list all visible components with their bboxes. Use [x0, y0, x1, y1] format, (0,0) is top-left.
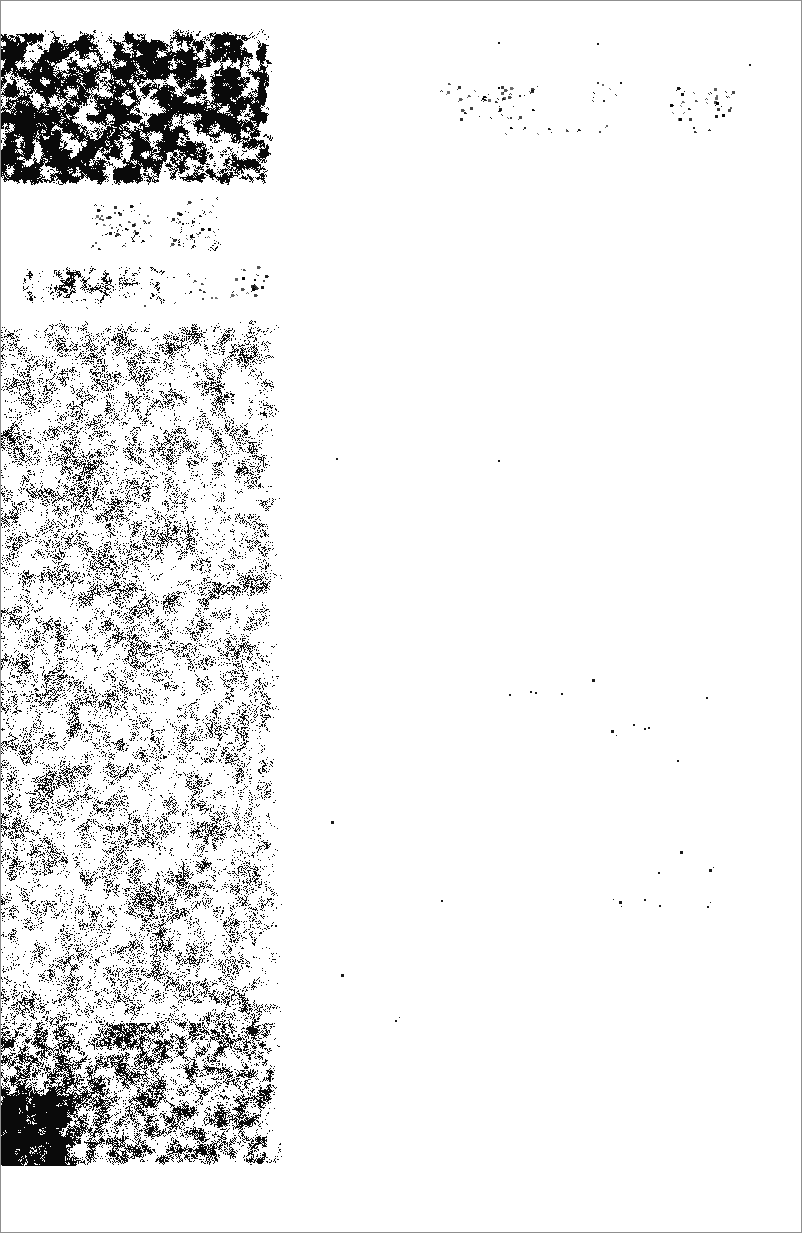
ink-specks-layer	[1, 1, 802, 1233]
scanned-page: Badly degraded binarized book scan. Dens…	[0, 0, 802, 1233]
